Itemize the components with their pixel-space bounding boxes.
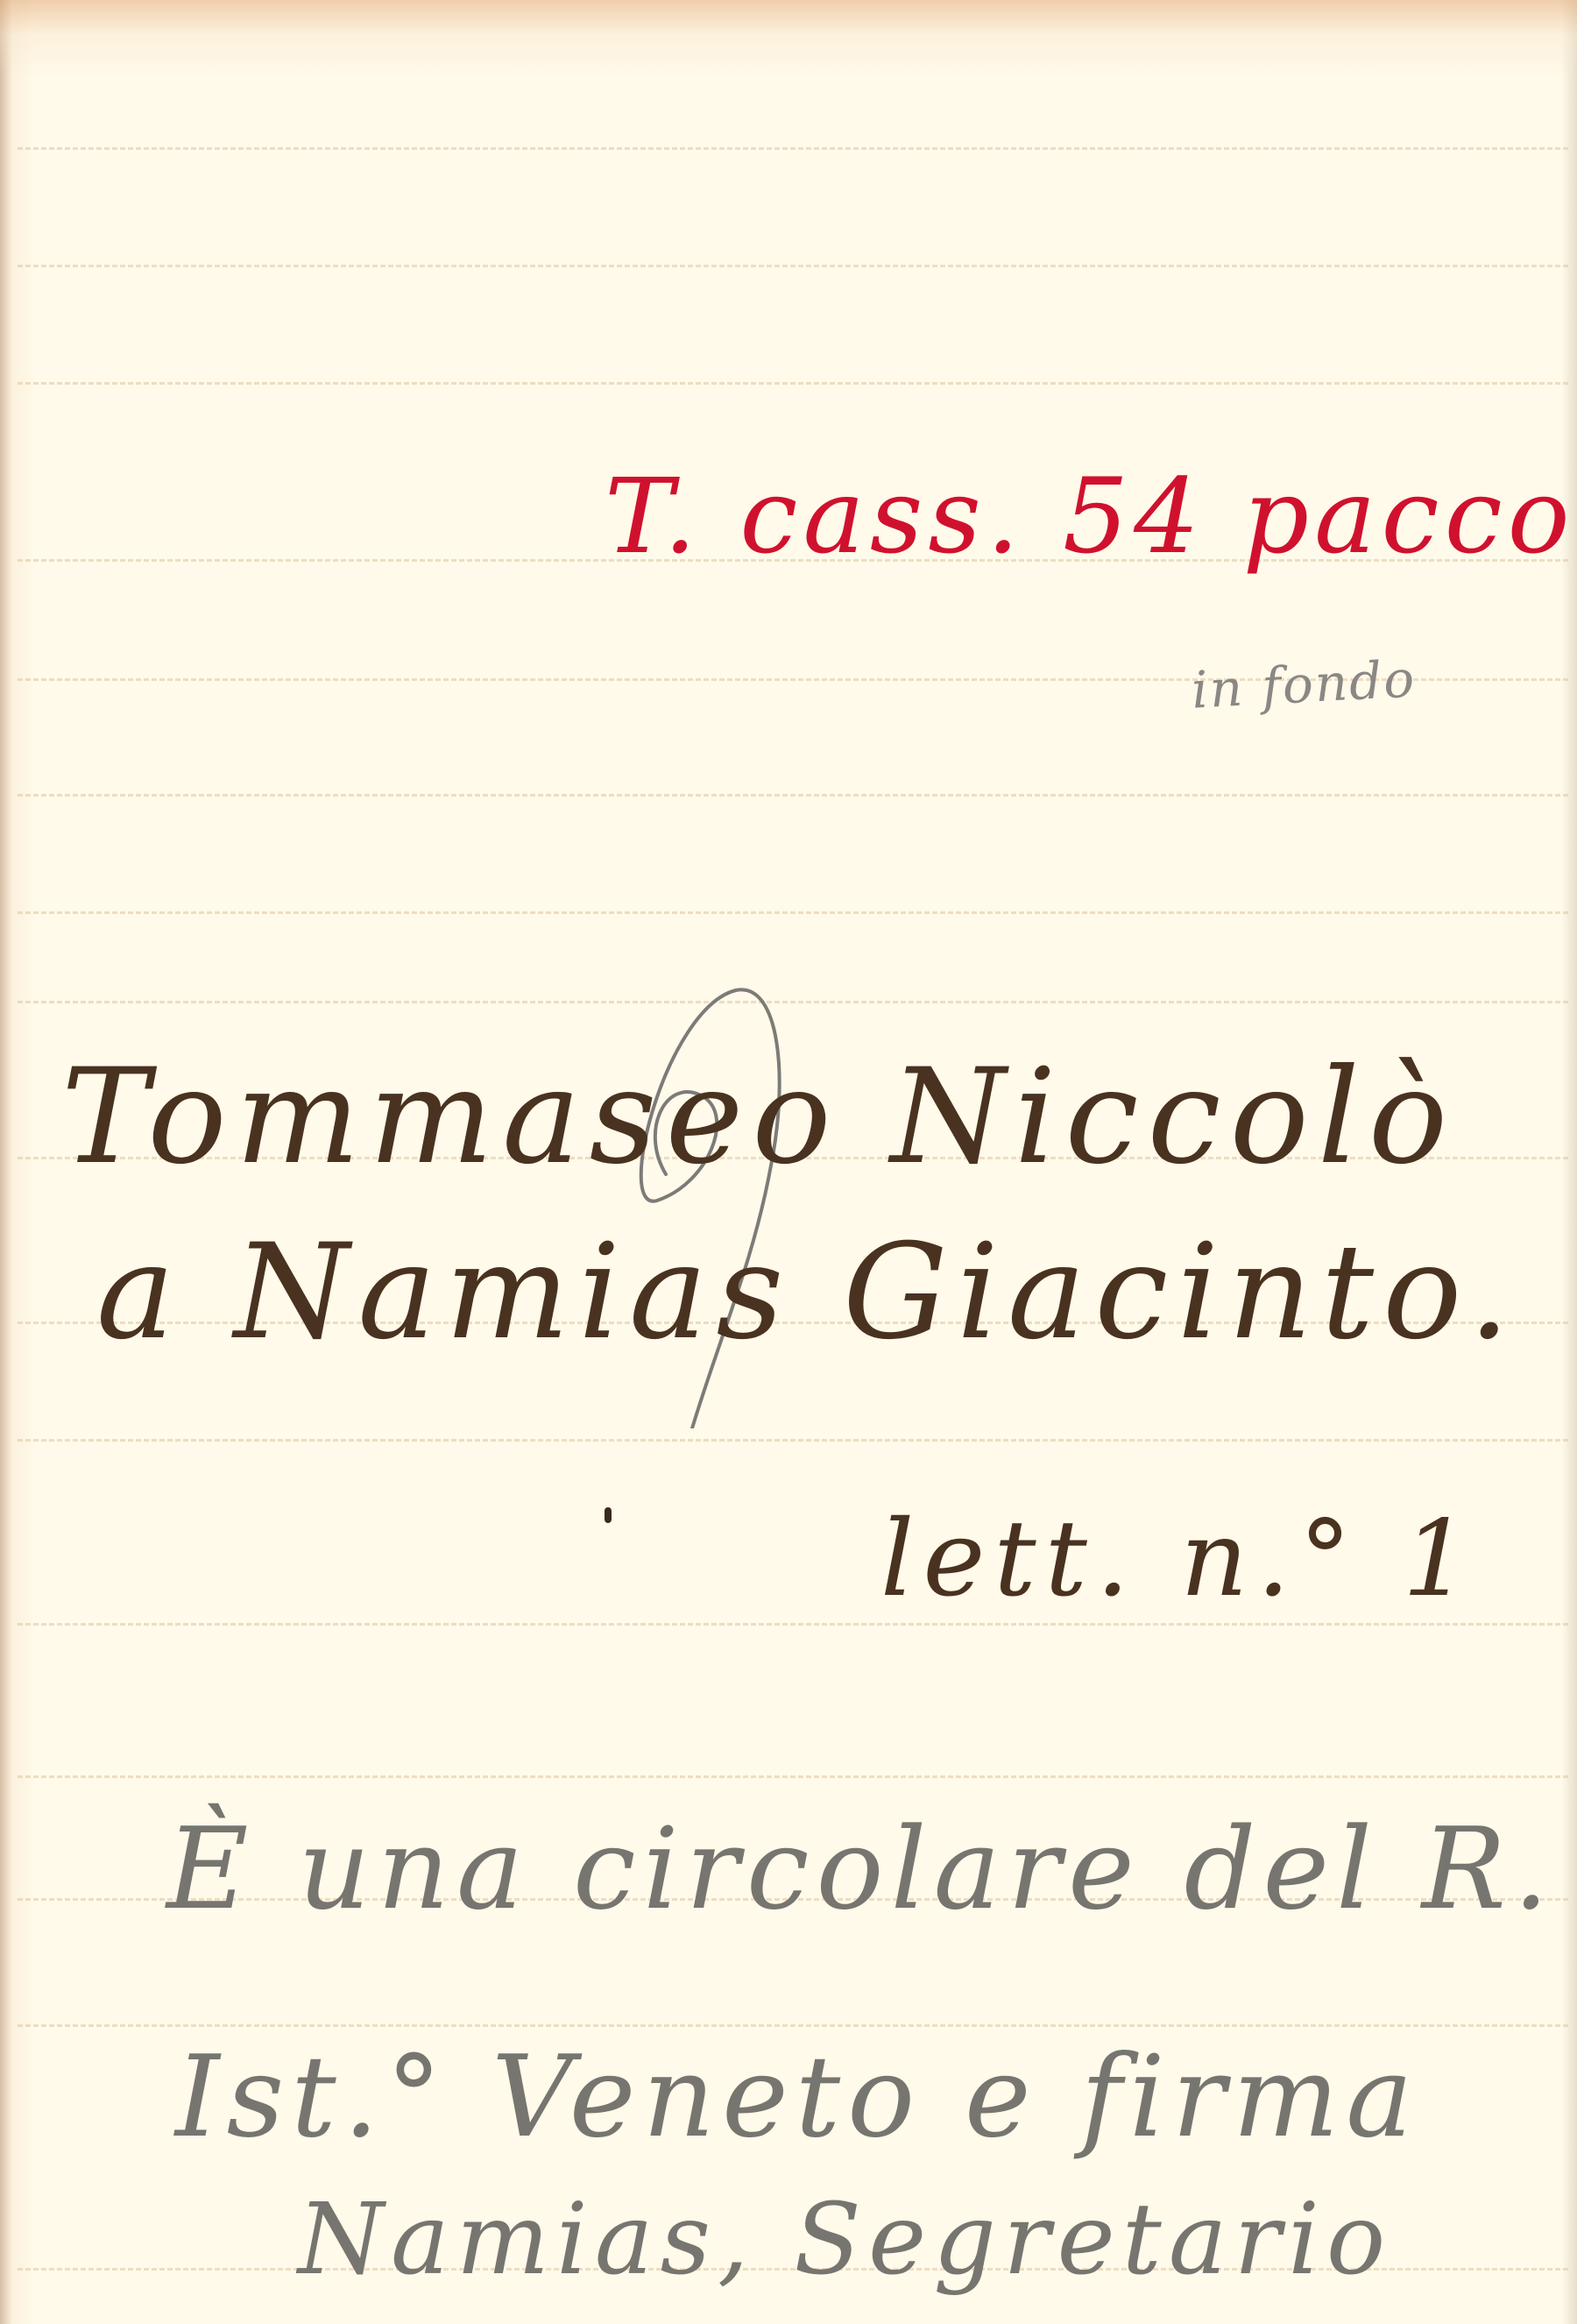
ruled-line	[18, 1001, 1568, 1003]
ruled-line	[18, 1439, 1568, 1442]
pencil-note-line-2: Ist.° Veneto e firma	[175, 2042, 1420, 2154]
ruled-line	[18, 794, 1568, 797]
ruled-line	[18, 911, 1568, 914]
pencil-note-top: in fondo	[1191, 653, 1418, 715]
ruled-line	[18, 265, 1568, 267]
ruled-line	[18, 2024, 1568, 2027]
pencil-note-line-3: Namias, Segretario	[298, 2191, 1392, 2289]
heading-line-1: Tommaseo Niccolò	[61, 1052, 1456, 1183]
ink-dot	[605, 1507, 612, 1523]
archival-card: T. cass. 54 pacco 107 in fondo Tommaseo …	[0, 0, 1577, 2324]
ruled-line	[18, 382, 1568, 385]
heading-line-2: a Namias Giacinto.	[96, 1227, 1519, 1358]
ruled-line	[18, 147, 1568, 150]
pencil-note-line-1: È una circolare del R.	[166, 1814, 1556, 1926]
shelfmark: T. cass. 54 pacco 107	[605, 464, 1577, 568]
ruled-line	[18, 1623, 1568, 1626]
letter-count: lett. n.° 1	[880, 1507, 1478, 1612]
ruled-line	[18, 1775, 1568, 1778]
